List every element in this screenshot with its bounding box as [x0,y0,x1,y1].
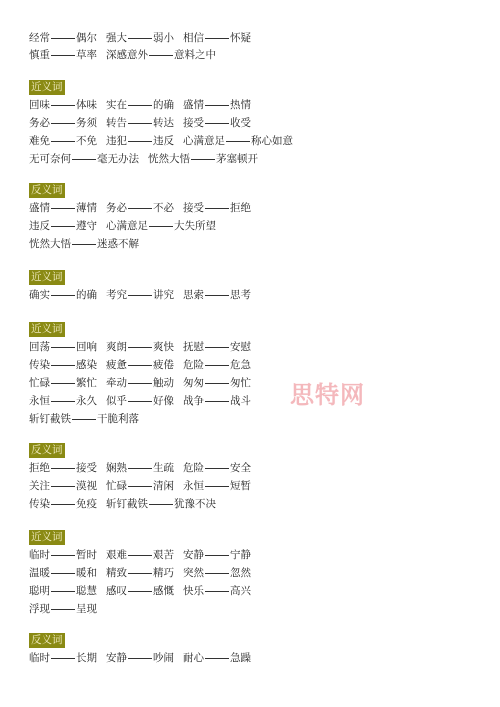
word: 长期 [76,652,97,664]
word-pair: 娴熟生疏 [106,461,174,475]
word: 感染 [76,359,97,371]
word: 的确 [153,99,174,111]
word: 热情 [230,99,251,111]
word: 聪慧 [76,585,97,597]
dash-separator [128,591,152,592]
word-pair-line: 聪明聪慧感叹感慨快乐高兴 [29,584,260,598]
dash-separator [128,123,152,124]
section-label: 反义词 [29,183,65,198]
word-pair: 恍然大悟茅塞顿开 [148,152,258,166]
word: 危险 [183,359,204,371]
word: 精致 [106,567,127,579]
word-pair: 难免不免 [29,134,97,148]
word: 匆匆 [183,377,204,389]
word-pair-line: 确实的确考究讲究思索思考 [29,288,260,302]
word: 浮现 [29,603,50,615]
dash-separator [128,468,152,469]
dash-separator [72,159,96,160]
word: 宁静 [230,549,251,561]
word: 吵闹 [153,652,174,664]
dash-separator [51,55,75,56]
word: 盛情 [29,202,50,214]
dash-separator [51,105,75,106]
word: 经常 [29,32,50,44]
dash-separator [191,159,215,160]
dash-separator [128,141,152,142]
dash-separator [51,295,75,296]
word: 不必 [153,202,174,214]
word: 违反 [153,135,174,147]
word-pair: 突然忽然 [183,566,251,580]
word: 清闲 [153,480,174,492]
word: 疲倦 [153,359,174,371]
word-pair: 回荡回响 [29,340,97,354]
dash-separator [128,295,152,296]
word: 爽朗 [106,341,127,353]
word-pair-line: 临时长期安静吵闹耐心急躁 [29,651,260,665]
word-pair-line: 传染感染疲惫疲倦危险危急 [29,358,260,372]
word: 安静 [106,652,127,664]
dash-separator [205,573,229,574]
word-pair: 似乎好像 [106,394,174,408]
dash-separator [51,365,75,366]
dash-separator [51,208,75,209]
word-pair: 温暖暖和 [29,566,97,580]
word: 怀疑 [230,32,251,44]
word-pair-line: 无可奈何毫无办法恍然大悟茅塞顿开 [29,152,267,166]
word: 暂时 [76,549,97,561]
word: 迷惑不解 [97,238,139,250]
word: 安静 [183,549,204,561]
word: 突然 [183,567,204,579]
word: 免疫 [76,498,97,510]
word: 薄情 [76,202,97,214]
dash-separator [205,105,229,106]
word-pair: 盛情热情 [183,98,251,112]
word: 临时 [29,652,50,664]
word-pair: 接受拒绝 [183,201,251,215]
section-label: 反义词 [29,443,65,458]
dash-separator [128,401,152,402]
word-pair: 拒绝接受 [29,461,97,475]
word: 违犯 [106,135,127,147]
dash-separator [149,504,173,505]
word-pair: 经常偶尔 [29,31,97,45]
word: 体味 [76,99,97,111]
word: 艰苦 [153,549,174,561]
word: 呈现 [76,603,97,615]
word: 深感意外 [106,49,148,61]
word: 疲惫 [106,359,127,371]
word-pair: 危险安全 [183,461,251,475]
dash-separator [205,401,229,402]
dash-separator [149,55,173,56]
dash-separator [51,383,75,384]
word: 茅塞顿开 [216,153,258,165]
dash-separator [51,401,75,402]
word: 接受 [183,202,204,214]
word: 抚慰 [183,341,204,353]
word-pair: 回味体味 [29,98,97,112]
word: 繁忙 [76,377,97,389]
word: 触动 [153,377,174,389]
word: 爽快 [153,341,174,353]
word-pair: 快乐高兴 [183,584,251,598]
dash-separator [128,486,152,487]
word-pair-line: 回荡回响爽朗爽快抚慰安慰 [29,340,260,354]
word-pair: 永恒永久 [29,394,97,408]
dash-separator [205,38,229,39]
word-pair: 感叹感慨 [106,584,174,598]
word: 危急 [230,359,251,371]
dash-separator [51,123,75,124]
dash-separator [128,347,152,348]
word-pair: 永恒短暂 [183,479,251,493]
dash-separator [205,591,229,592]
word-pair-line: 盛情薄情务必不必接受拒绝 [29,201,260,215]
word: 考究 [106,289,127,301]
dash-separator [72,419,96,420]
word-pair: 安静吵闹 [106,651,174,665]
word-pair: 恍然大悟迷惑不解 [29,237,139,251]
word: 无可奈何 [29,153,71,165]
word-pair: 心满意足大失所望 [106,219,216,233]
dash-separator [51,658,75,659]
dash-separator [51,38,75,39]
word: 安慰 [230,341,251,353]
word: 忽然 [230,567,251,579]
dash-separator [51,226,75,227]
word-pair: 传染免疫 [29,497,97,511]
word: 短暂 [230,480,251,492]
dash-separator [205,347,229,348]
dash-separator [51,609,75,610]
word: 确实 [29,289,50,301]
dash-separator [149,226,173,227]
word: 强大 [106,32,127,44]
dash-separator [205,295,229,296]
word: 关注 [29,480,50,492]
dash-separator [205,486,229,487]
word-pair-line: 经常偶尔强大弱小相信怀疑 [29,31,260,45]
word: 心满意足 [106,220,148,232]
word: 高兴 [230,585,251,597]
word-pair: 爽朗爽快 [106,340,174,354]
word: 偶尔 [76,32,97,44]
word: 安全 [230,462,251,474]
word: 大失所望 [174,220,216,232]
word: 传染 [29,498,50,510]
word-pair: 聪明聪慧 [29,584,97,598]
word-pair-line: 忙碌繁忙牵动触动匆匆匆忙 [29,376,260,390]
word: 似乎 [106,395,127,407]
word: 心满意足 [183,135,225,147]
word-pair: 疲惫疲倦 [106,358,174,372]
word: 草率 [76,49,97,61]
dash-separator [51,141,75,142]
word-pair: 心满意足称心如意 [183,134,293,148]
word: 相信 [183,32,204,44]
word: 转达 [153,117,174,129]
word: 回荡 [29,341,50,353]
word: 永恒 [183,480,204,492]
word: 收受 [230,117,251,129]
word: 感叹 [106,585,127,597]
word-pair-line: 慎重草率深感意外意料之中 [29,48,225,62]
dash-separator [205,365,229,366]
section-label: 反义词 [29,633,65,648]
word-pair: 危险危急 [183,358,251,372]
dash-separator [51,591,75,592]
word-pair-line: 关注漠视忙碌清闲永恒短暂 [29,479,260,493]
word: 务必 [29,117,50,129]
word-pair: 临时长期 [29,651,97,665]
word: 好像 [153,395,174,407]
word: 意料之中 [174,49,216,61]
word: 的确 [76,289,97,301]
word-pair: 牵动触动 [106,376,174,390]
word-pair: 实在的确 [106,98,174,112]
section-label: 近义词 [29,80,65,95]
word: 转告 [106,117,127,129]
word: 思考 [230,289,251,301]
word-pair: 慎重草率 [29,48,97,62]
word-pair: 传染感染 [29,358,97,372]
word-pair: 考究讲究 [106,288,174,302]
word: 拒绝 [29,462,50,474]
word-pair: 精致精巧 [106,566,174,580]
word: 难免 [29,135,50,147]
word-pair-line: 临时暂时艰难艰苦安静宁静 [29,548,260,562]
section-label: 近义词 [29,530,65,545]
word: 永久 [76,395,97,407]
word-pair-line: 拒绝接受娴熟生疏危险安全 [29,461,260,475]
dash-separator [205,658,229,659]
word: 娴熟 [106,462,127,474]
dash-separator [72,244,96,245]
word: 精巧 [153,567,174,579]
word: 实在 [106,99,127,111]
word-pair: 耐心急躁 [183,651,251,665]
word-pair: 斩钉截铁犹豫不决 [106,497,216,511]
word-pair-line: 传染免疫斩钉截铁犹豫不决 [29,497,225,511]
word-pair: 抚慰安慰 [183,340,251,354]
word-pair: 匆匆匆忙 [183,376,251,390]
word: 匆忙 [230,377,251,389]
word-pair: 深感意外意料之中 [106,48,216,62]
word-pair: 忙碌繁忙 [29,376,97,390]
word: 称心如意 [251,135,293,147]
dash-separator [51,486,75,487]
watermark-logo: 思特网 [290,375,365,410]
word-pair: 确实的确 [29,288,97,302]
word-pair: 斩钉截铁干脆利落 [29,412,139,426]
word: 聪明 [29,585,50,597]
word: 艰难 [106,549,127,561]
dash-separator [205,208,229,209]
word-pair: 安静宁静 [183,548,251,562]
word: 斩钉截铁 [106,498,148,510]
word-pair: 关注漠视 [29,479,97,493]
word: 斩钉截铁 [29,413,71,425]
word: 毫无办法 [97,153,139,165]
word: 接受 [76,462,97,474]
word: 战斗 [230,395,251,407]
word-pair: 思索思考 [183,288,251,302]
section-label: 近义词 [29,270,65,285]
word: 感慨 [153,585,174,597]
word-pair: 强大弱小 [106,31,174,45]
section-label: 近义词 [29,322,65,337]
word: 回味 [29,99,50,111]
word-pair-line: 恍然大悟迷惑不解 [29,237,148,251]
word: 忙碌 [29,377,50,389]
word: 犹豫不决 [174,498,216,510]
word-pair-line: 浮现呈现 [29,602,106,616]
word-pair: 违犯违反 [106,134,174,148]
dash-separator [226,141,250,142]
word: 接受 [183,117,204,129]
word: 漠视 [76,480,97,492]
word-pair: 务必务须 [29,116,97,130]
dash-separator [51,573,75,574]
word-pair: 忙碌清闲 [106,479,174,493]
word: 战争 [183,395,204,407]
word: 暖和 [76,567,97,579]
word: 慎重 [29,49,50,61]
dash-separator [128,38,152,39]
word-pair-line: 回味体味实在的确盛情热情 [29,98,260,112]
word: 牵动 [106,377,127,389]
word: 干脆利落 [97,413,139,425]
dash-separator [128,658,152,659]
word-pair: 无可奈何毫无办法 [29,152,139,166]
word-pair-line: 难免不免违犯违反心满意足称心如意 [29,134,302,148]
dash-separator [51,468,75,469]
word-pair: 浮现呈现 [29,602,97,616]
word-pair-line: 违反遵守心满意足大失所望 [29,219,225,233]
dash-separator [51,347,75,348]
word: 急躁 [230,652,251,664]
word: 务必 [106,202,127,214]
dash-separator [205,468,229,469]
word: 温暖 [29,567,50,579]
word: 讲究 [153,289,174,301]
word-pair: 盛情薄情 [29,201,97,215]
word-pair-line: 温暖暖和精致精巧突然忽然 [29,566,260,580]
word: 忙碌 [106,480,127,492]
word: 传染 [29,359,50,371]
dash-separator [51,555,75,556]
word: 永恒 [29,395,50,407]
word: 回响 [76,341,97,353]
word: 快乐 [183,585,204,597]
word: 不免 [76,135,97,147]
word-pair-line: 永恒永久似乎好像战争战斗 [29,394,260,408]
word-pair: 艰难艰苦 [106,548,174,562]
word: 思索 [183,289,204,301]
word-pair-line: 务必务须转告转达接受收受 [29,116,260,130]
word: 弱小 [153,32,174,44]
word-pair: 转告转达 [106,116,174,130]
word-pair-line: 斩钉截铁干脆利落 [29,412,148,426]
word: 耐心 [183,652,204,664]
dash-separator [128,383,152,384]
dash-separator [51,504,75,505]
dash-separator [128,365,152,366]
dash-separator [205,555,229,556]
dash-separator [205,383,229,384]
word: 生疏 [153,462,174,474]
word: 违反 [29,220,50,232]
dash-separator [205,123,229,124]
word-pair: 违反遵守 [29,219,97,233]
word: 务须 [76,117,97,129]
word-pair: 临时暂时 [29,548,97,562]
word: 拒绝 [230,202,251,214]
dash-separator [128,555,152,556]
word: 恍然大悟 [29,238,71,250]
word: 临时 [29,549,50,561]
word: 盛情 [183,99,204,111]
word-pair: 战争战斗 [183,394,251,408]
dash-separator [128,105,152,106]
word-pair: 务必不必 [106,201,174,215]
word: 恍然大悟 [148,153,190,165]
word-pair: 相信怀疑 [183,31,251,45]
word: 遵守 [76,220,97,232]
word-pair: 接受收受 [183,116,251,130]
dash-separator [128,573,152,574]
dash-separator [128,208,152,209]
word: 危险 [183,462,204,474]
